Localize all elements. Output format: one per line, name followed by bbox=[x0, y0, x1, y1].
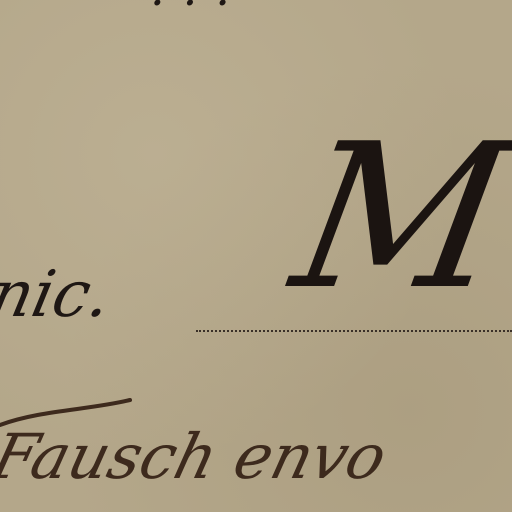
handwritten-line-fausch-envo: Fausch envo bbox=[0, 420, 394, 493]
